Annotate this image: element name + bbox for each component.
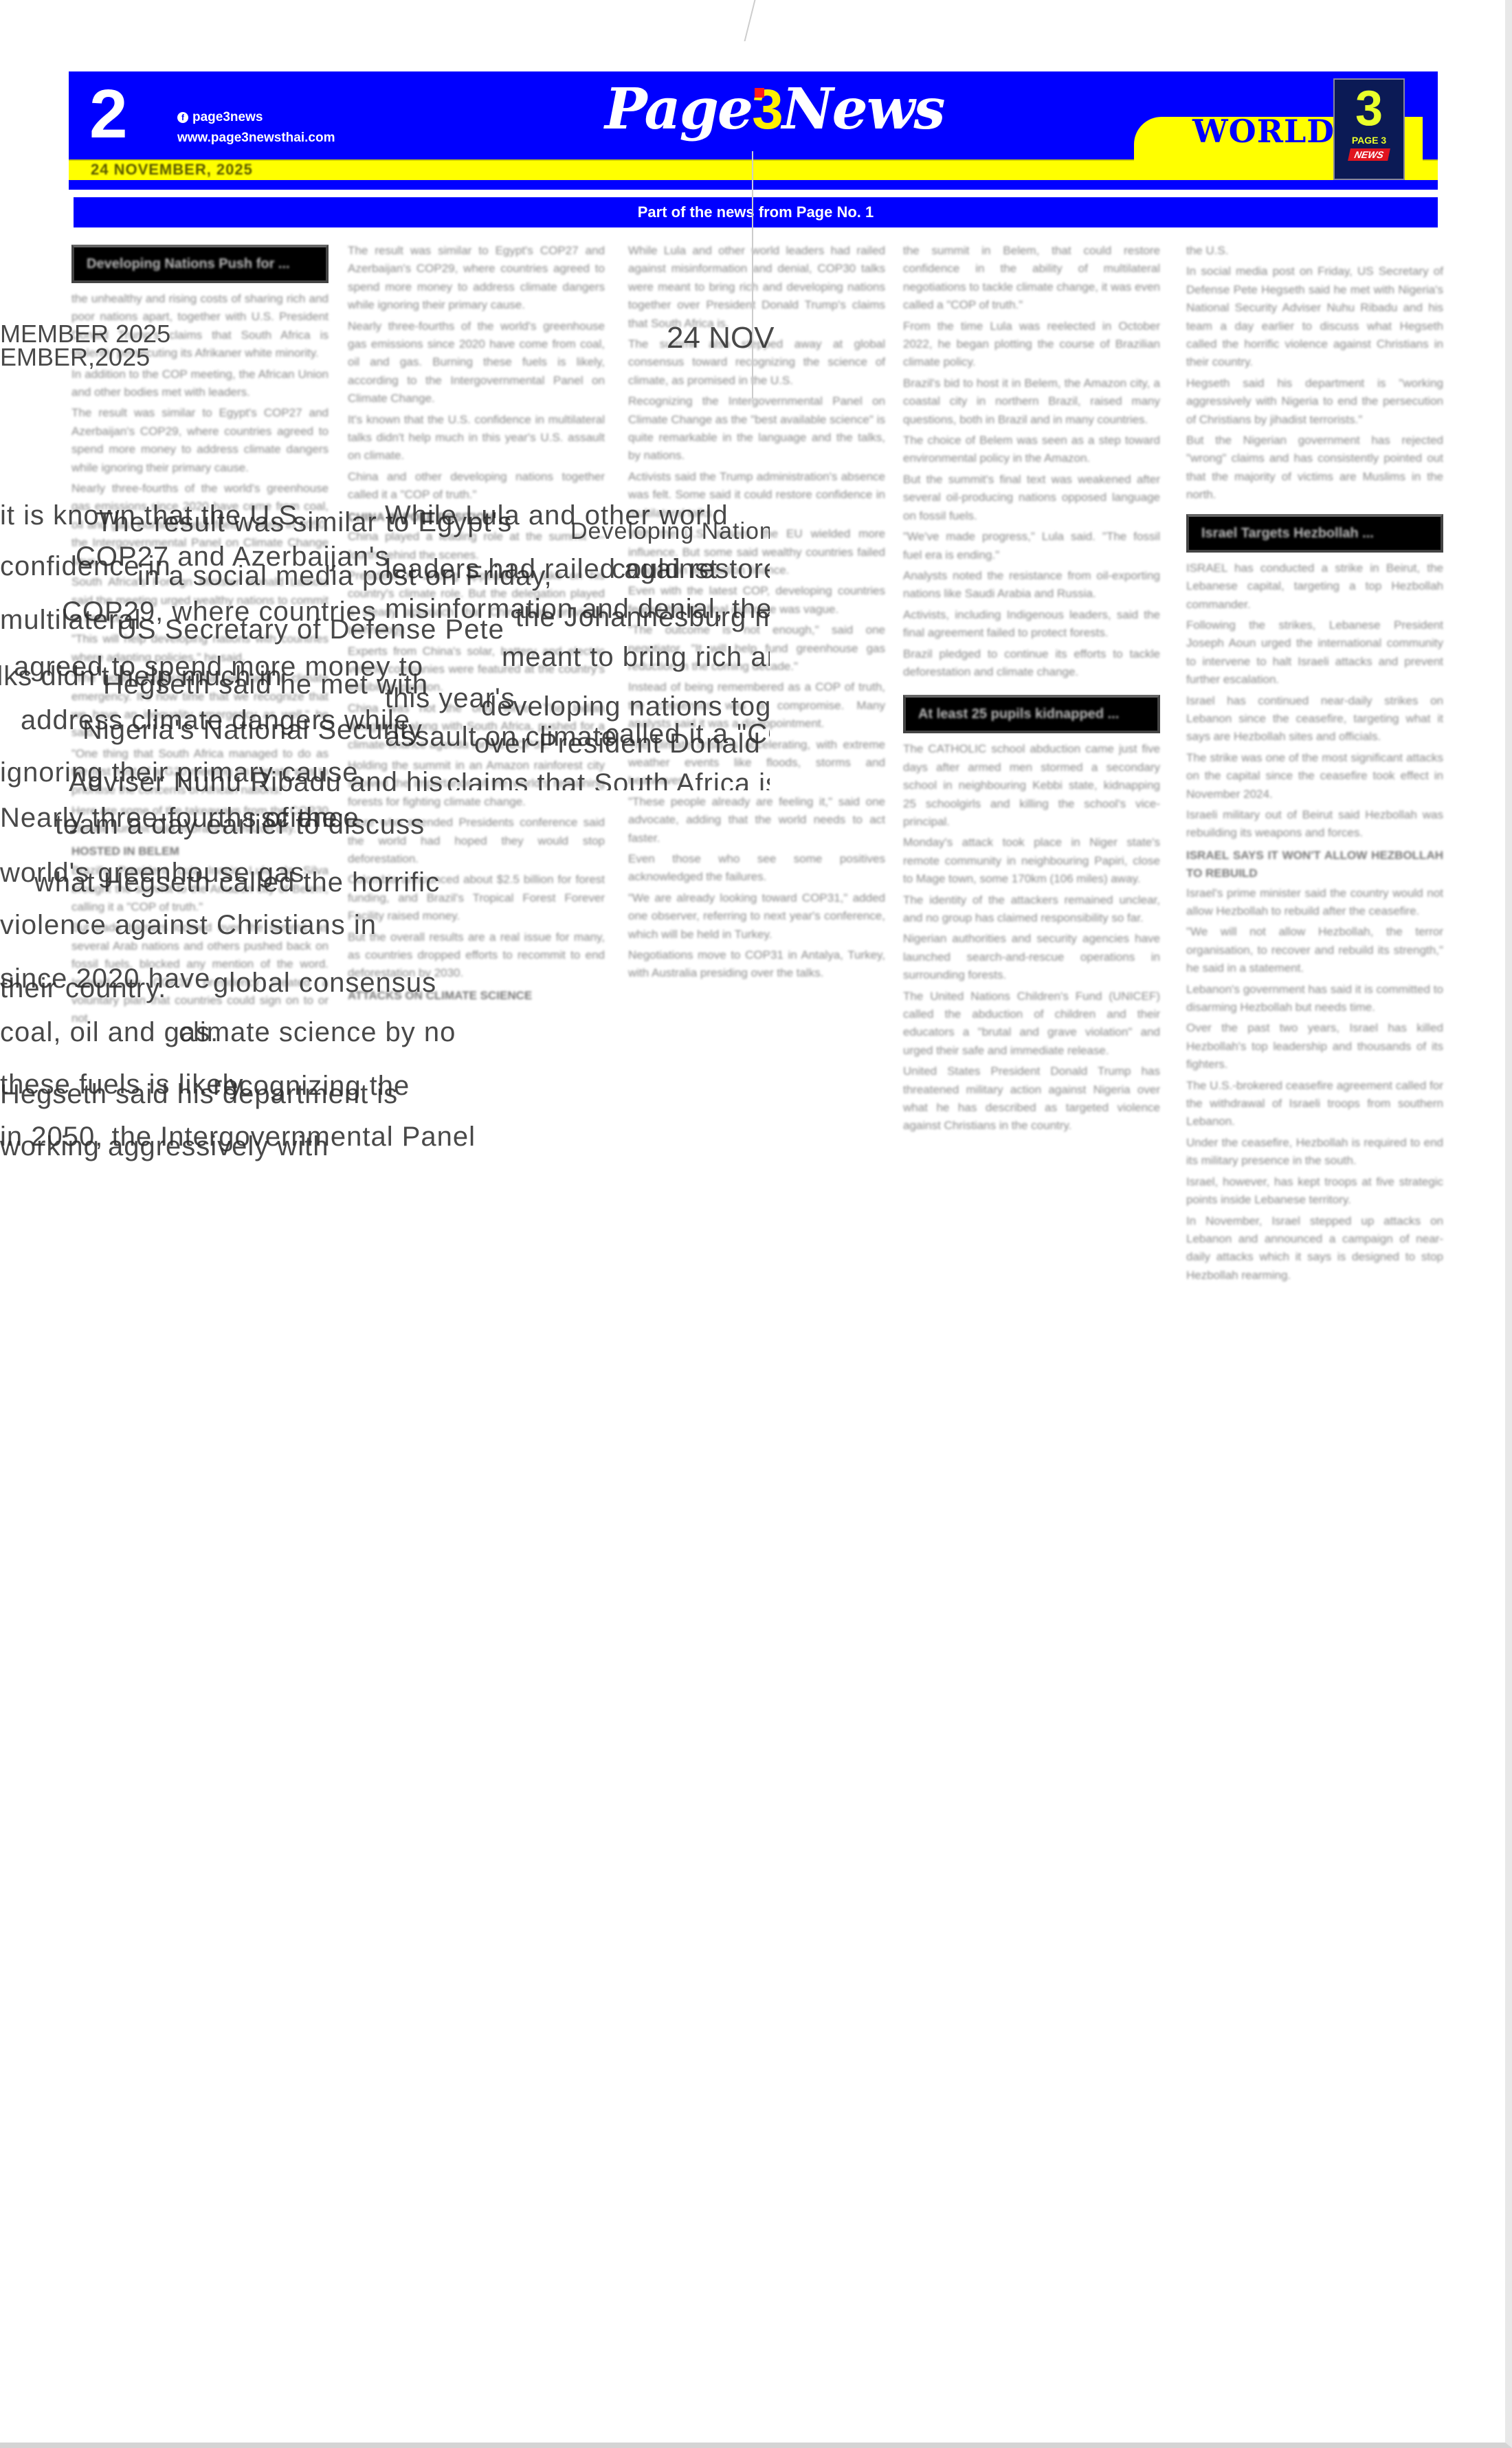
paragraph: Israel, however, has kept troops at five… [1186, 1173, 1443, 1210]
paragraph: The U.S.-brokered ceasefire agreement ca… [1186, 1077, 1443, 1131]
subheading: ISRAEL SAYS IT WON'T ALLOW HEZBOLLAH TO … [1186, 847, 1443, 883]
logo-word-news: News [782, 76, 944, 142]
subheading: HOSTED IN BELEM [71, 843, 329, 860]
badge-number: 3 [1355, 84, 1383, 133]
article-header-pupils-kidnapped: At least 25 pupils kidnapped ... [903, 695, 1160, 733]
column-1: Developing Nations Push for ... the unhe… [71, 242, 329, 1031]
paragraph: Brazil's President Luiz Inacio Lula da S… [71, 862, 329, 916]
paragraph: The choice of Belem was seen as a step t… [903, 432, 1160, 468]
paragraph: In November, Israel stepped up attacks o… [1186, 1212, 1443, 1285]
paragraph: The summit also stepped away at global c… [628, 335, 885, 390]
column-4: the summit in Belem, that could restore … [903, 242, 1160, 1138]
paragraph: The result was similar to Egypt's COP27 … [348, 242, 605, 315]
paragraph: More who attended Presidents conference … [348, 814, 605, 868]
paragraph: "The world recognizes that we have a cli… [71, 669, 329, 742]
paragraph: From the time Lula was reelected in Octo… [903, 318, 1160, 372]
paragraph: United States President Donald Trump has… [903, 1062, 1160, 1135]
artifact-line [752, 151, 753, 399]
paragraph: Activists said the Trump administration'… [628, 468, 885, 522]
page-number: 2 [89, 80, 128, 148]
artifact-line [744, 0, 756, 41]
paragraph: China and other developing nations toget… [348, 468, 605, 504]
paragraph: South Africa's Foreign Minister Ronald L… [71, 573, 329, 627]
paragraph: "These people already are feeling it," s… [628, 793, 885, 847]
section-label: WORLD [1192, 113, 1335, 150]
facebook-handle[interactable]: page3news [192, 110, 263, 125]
paragraph: Nigerian authorities and security agenci… [903, 930, 1160, 984]
paragraph: "We've made progress," Lula said. "The f… [903, 528, 1160, 564]
paragraph: Israel has continued near-daily strikes … [1186, 692, 1443, 746]
paragraph: In social media post on Friday, US Secre… [1186, 263, 1443, 371]
paragraph: China played a leading role at the summi… [348, 528, 605, 564]
paragraph: the summit in Belem, that could restore … [903, 242, 1160, 315]
paragraph: Analysts noted the resistance from oil-e… [903, 567, 1160, 603]
paragraph: the U.S. [1186, 242, 1443, 260]
article-header-israel-targets: Israel Targets Hezbollah ... [1186, 514, 1443, 553]
paragraph: the unhealthy and rising costs of sharin… [71, 290, 329, 363]
paragraph: Experts from China's solar, battery and … [348, 643, 605, 697]
paragraph: The climate crisis is accelerating, with… [628, 736, 885, 790]
issue-date: 24 NOVEMBER, 2025 [91, 159, 253, 180]
paragraph: It's known that the U.S. confidence in m… [348, 411, 605, 465]
paragraph: "We will not allow Hezbollah, the terror… [1186, 923, 1443, 977]
paragraph: Hegseth said his department is "working … [1186, 375, 1443, 429]
paragraph: Israel's prime minister said the country… [1186, 884, 1443, 921]
paragraph: Over the past two years, Israel has kill… [1186, 1019, 1443, 1073]
column-2: The result was similar to Egypt's COP27 … [348, 242, 605, 1006]
paragraph: Holding the summit in an Amazon rainfore… [348, 757, 605, 811]
paragraph: Nearly three-fourths of the world's gree… [348, 318, 605, 408]
paragraph: Negotiations move to COP31 in Antalya, T… [628, 946, 885, 983]
paragraph: The CATHOLIC school abduction came just … [903, 740, 1160, 831]
paragraph: Even those who see some positives acknow… [628, 850, 885, 887]
paragraph: With the U.S. absent, the EU wielded mor… [628, 525, 885, 579]
paragraph: Activists, including Indigenous leaders,… [903, 606, 1160, 643]
paragraph: Instead of being remembered as a COP of … [628, 678, 885, 733]
article-header-developing-nations: Developing Nations Push for ... [71, 245, 329, 283]
paragraph: ISRAEL has conducted a strike in Beirut,… [1186, 559, 1443, 614]
column-5: the U.S. In social media post on Friday,… [1186, 242, 1443, 1287]
masthead: 2 f page3news www.page3newsthai.com 24 N… [69, 71, 1438, 190]
social-links: f page3news www.page3newsthai.com [177, 110, 335, 151]
paragraph: Nearly three-fourths of the world's gree… [71, 480, 329, 570]
paragraph: But the overall results are a real issue… [348, 928, 605, 983]
paragraph: Even with the latest COP, developing cou… [628, 582, 885, 619]
subheading: ATTACKS ON CLIMATE SCIENCE [348, 987, 605, 1005]
paragraph: President Xi Jinping appeared to take on… [348, 567, 605, 640]
paragraph: "This will help developing nations with … [71, 630, 329, 667]
paragraph: While Lula and other world leaders had r… [628, 242, 885, 333]
paragraph: The result was similar to Egypt's COP27 … [71, 404, 329, 477]
logo-number: 3 [752, 78, 782, 141]
paragraph: Recognizing the Intergovernmental Panel … [628, 392, 885, 465]
subheading: CHINA IN POLE POSITION [348, 509, 605, 526]
paragraph: Under the ceasefire, Hezbollah is requir… [1186, 1134, 1443, 1170]
badge-news-label: NEWS [1348, 148, 1390, 161]
newspaper-page: 2 f page3news www.page3newsthai.com 24 N… [0, 0, 1512, 2448]
paragraph: Following the strikes, Lebanese Presiden… [1186, 616, 1443, 689]
badge-page-label: PAGE 3 [1352, 135, 1386, 146]
paragraph: But the summit's final text was weakened… [903, 471, 1160, 525]
website-link[interactable]: www.page3newsthai.com [177, 131, 335, 146]
paragraph: Brazil's bid to host it in Belem, the Am… [903, 375, 1160, 429]
paragraph: In addition to the COP meeting, the Afri… [71, 366, 329, 402]
paragraph: "The outcome is not enough," said one ne… [628, 621, 885, 676]
paragraph: "We are already looking toward COP31," a… [628, 889, 885, 944]
paragraph: Brazil pledged to continue its efforts t… [903, 645, 1160, 682]
continued-from-banner: Part of the news from Page No. 1 [74, 197, 1438, 227]
newspaper-logo: Page3News [605, 76, 944, 144]
paragraph: The strike was one of the most significa… [1186, 749, 1443, 803]
paragraph: Israeli military out of Beirut said Hezb… [1186, 806, 1443, 843]
paragraph: The identity of the attackers remained u… [903, 891, 1160, 928]
paragraph: Monday's attack took place in Niger stat… [903, 834, 1160, 888]
paragraph: The United Nations Children's Fund (UNIC… [903, 988, 1160, 1060]
paragraph: Colombia announced about $2.5 billion fo… [348, 871, 605, 925]
paragraph: But trade barriers loomed over the summi… [71, 919, 329, 1027]
paragraph: Here are some of the takeaways from the … [71, 802, 329, 838]
paragraph: "One thing that South Africa managed to … [71, 745, 329, 799]
facebook-icon: f [177, 112, 188, 123]
logo-word-page: Page [605, 76, 752, 142]
paragraph: China was not the only force. The Indian… [348, 700, 605, 754]
paragraph: Lebanon's government has said it is comm… [1186, 981, 1443, 1017]
page3-badge-logo: 3 PAGE 3 NEWS [1333, 78, 1405, 180]
paragraph: But the Nigerian government has rejected… [1186, 432, 1443, 504]
column-3: While Lula and other world leaders had r… [628, 242, 885, 986]
